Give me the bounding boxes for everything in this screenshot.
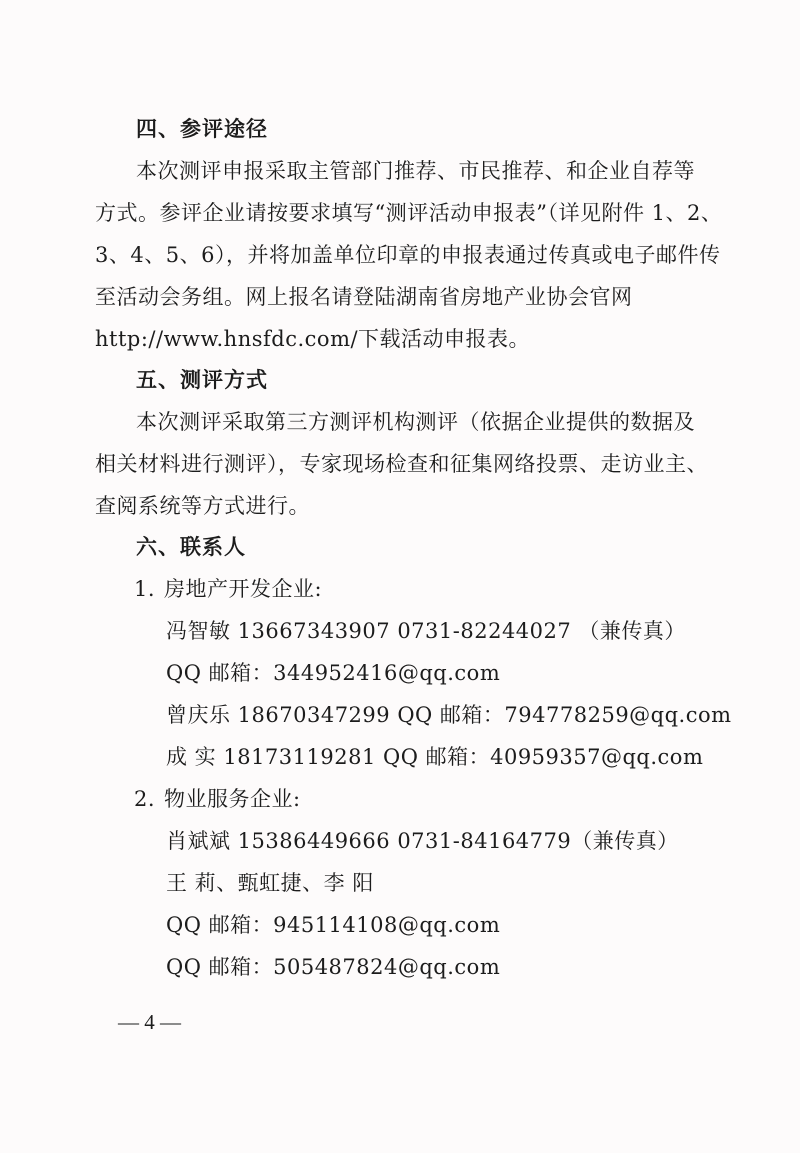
paragraph-line: 本次测评申报采取主管部门推荐、市民推荐、和企业自荐等 bbox=[136, 156, 711, 186]
paragraph-line: 查阅系统等方式进行。 bbox=[95, 491, 310, 521]
paragraph-line: 本次测评采取第三方测评机构测评（依据企业提供的数据及 bbox=[136, 407, 695, 437]
group-title-real-estate: 房地产开发企业: bbox=[164, 574, 322, 604]
paragraph-line: 相关材料进行测评），专家现场检查和征集网络投票、走访业主、 bbox=[95, 449, 708, 479]
contact-line: 成 实 18173119281 QQ 邮箱：40959357@qq.com bbox=[166, 742, 703, 772]
page-number: — 4 — bbox=[118, 1010, 181, 1035]
contact-email-line: QQ 邮箱：945114108@qq.com bbox=[166, 910, 500, 940]
group-number: 2. bbox=[134, 784, 155, 814]
group-title-property-service: 物业服务企业: bbox=[164, 784, 301, 814]
contact-line: 冯智敏 13667343907 0731-82244027 （兼传真） bbox=[166, 616, 686, 646]
contact-line: 肖斌斌 15386449666 0731-84164779（兼传真） bbox=[166, 826, 679, 856]
paragraph-line: 3、4、5、6），并将加盖单位印章的申报表通过传真或电子邮件传 bbox=[95, 240, 711, 270]
document-page: 四、参评途径 本次测评申报采取主管部门推荐、市民推荐、和企业自荐等 方式。参评企… bbox=[0, 0, 800, 1153]
section-heading-participation: 四、参评途径 bbox=[136, 114, 268, 144]
paragraph-line: 方式。参评企业请按要求填写“测评活动申报表”（详见附件 1、2、 bbox=[95, 198, 711, 228]
section-heading-evaluation-method: 五、测评方式 bbox=[136, 365, 268, 395]
paragraph-line: 至活动会务组。网上报名请登陆湖南省房地产业协会官网 bbox=[95, 282, 711, 312]
website-link-line: http://www.hnsfdc.com/下载活动申报表。 bbox=[95, 324, 530, 354]
contact-names-line: 王 莉、甄虹捷、李 阳 bbox=[166, 868, 374, 898]
contact-line: 曾庆乐 18670347299 QQ 邮箱：794778259@qq.com bbox=[166, 700, 732, 730]
group-number: 1. bbox=[134, 574, 155, 604]
contact-email-line: QQ 邮箱：505487824@qq.com bbox=[166, 952, 500, 982]
section-heading-contacts: 六、联系人 bbox=[136, 532, 246, 562]
contact-email-line: QQ 邮箱：344952416@qq.com bbox=[166, 658, 500, 688]
